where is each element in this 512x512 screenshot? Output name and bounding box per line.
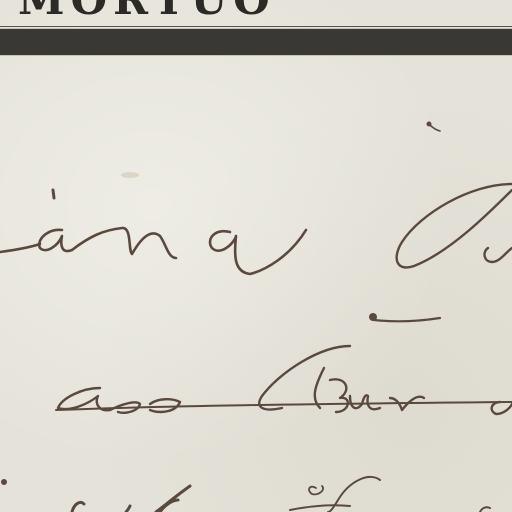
handwriting-marks <box>369 122 440 322</box>
handwriting-line-3-struck <box>56 346 512 414</box>
handwriting-line-1 <box>0 190 306 274</box>
handwriting-line-4 <box>1 477 490 512</box>
handwriting-ink <box>0 0 512 512</box>
handwriting-capital-b <box>397 184 512 267</box>
paper-stain <box>121 172 139 178</box>
